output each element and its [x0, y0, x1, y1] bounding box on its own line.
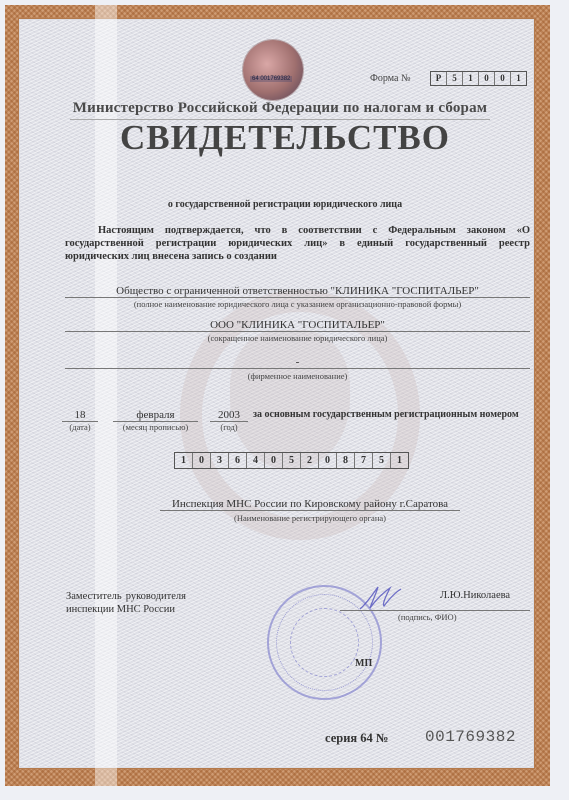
- handwritten-signature-icon: [358, 584, 403, 612]
- authority-field: Инспекция МНС России по Кировскому район…: [160, 498, 460, 511]
- signer-position-word1: Заместитель: [66, 590, 122, 603]
- full-name-field: Общество с ограниченной ответственностью…: [65, 285, 530, 298]
- form-code-char: 0: [495, 72, 511, 85]
- ogrn-digit: 2: [301, 453, 319, 468]
- ogrn-digit: 1: [391, 453, 408, 468]
- ogrn-digit: 0: [319, 453, 337, 468]
- certificate-page: 64 001769382 Форма № Р 5 1 0 0 1 Министе…: [0, 0, 569, 800]
- ogrn-label: за основным государственным регистрацион…: [253, 409, 519, 420]
- document-title: СВИДЕТЕЛЬСТВО: [60, 118, 510, 158]
- signer-name: Л.Ю.Николаева: [440, 590, 510, 601]
- authority-caption: (Наименование регистрирующего органа): [160, 513, 460, 523]
- signer-position-line2: инспекции МНС России: [66, 603, 186, 616]
- date-day-field: 18: [62, 409, 98, 422]
- series-label: серия 64 №: [325, 731, 388, 746]
- date-day-caption: (дата): [62, 422, 98, 432]
- ogrn-digit: 5: [283, 453, 301, 468]
- ogrn-number-boxes: 1 0 3 6 4 0 5 2 0 8 7 5 1: [174, 452, 409, 469]
- brand-name-field: -: [65, 356, 530, 369]
- hologram-seal-icon: [243, 40, 303, 100]
- ogrn-digit: 4: [247, 453, 265, 468]
- form-label: Форма №: [370, 73, 411, 84]
- short-name-field: ООО "КЛИНИКА "ГОСПИТАЛЬЕР": [65, 319, 530, 332]
- signature-caption: (подпись, ФИО): [398, 612, 457, 622]
- hologram-number: 64 001769382: [250, 76, 292, 82]
- stamp-emblem-icon: [290, 608, 359, 677]
- document-subtitle: о государственной регистрации юридическо…: [60, 199, 510, 210]
- signature-line: [340, 610, 530, 611]
- form-code-char: 5: [447, 72, 463, 85]
- ogrn-digit: 8: [337, 453, 355, 468]
- ogrn-digit: 7: [355, 453, 373, 468]
- full-name-caption: (полное наименование юридического лица с…: [65, 299, 530, 309]
- seal-label: МП: [355, 658, 372, 669]
- ogrn-digit: 0: [193, 453, 211, 468]
- form-code-char: 0: [479, 72, 495, 85]
- signer-position: Заместительруководителя инспекции МНС Ро…: [66, 590, 186, 616]
- watermark-eagle-icon: [230, 330, 350, 470]
- ogrn-digit: 5: [373, 453, 391, 468]
- signer-position-word2: руководителя: [126, 590, 186, 603]
- ogrn-digit: 0: [265, 453, 283, 468]
- confirmation-paragraph: Настоящим подтверждается, что в соответс…: [65, 224, 530, 263]
- date-year-caption: (год): [210, 422, 248, 432]
- form-code-char: 1: [463, 72, 479, 85]
- ministry-name: Министерство Российской Федерации по нал…: [70, 100, 490, 120]
- ogrn-digit: 6: [229, 453, 247, 468]
- short-name-caption: (сокращенное наименование юридического л…: [65, 333, 530, 343]
- confirmation-text: Настоящим подтверждается, что в соответс…: [65, 225, 530, 262]
- serial-number: 001769382: [425, 728, 516, 746]
- date-month-field: февраля: [113, 409, 198, 422]
- brand-name-caption: (фирменное наименование): [65, 371, 530, 381]
- form-code-char: Р: [431, 72, 447, 85]
- ogrn-digit: 1: [175, 453, 193, 468]
- date-month-caption: (месяц прописью): [113, 422, 198, 432]
- date-year-field: 2003: [210, 409, 248, 422]
- ogrn-digit: 3: [211, 453, 229, 468]
- form-code-boxes: Р 5 1 0 0 1: [430, 71, 527, 86]
- form-code-char: 1: [511, 72, 526, 85]
